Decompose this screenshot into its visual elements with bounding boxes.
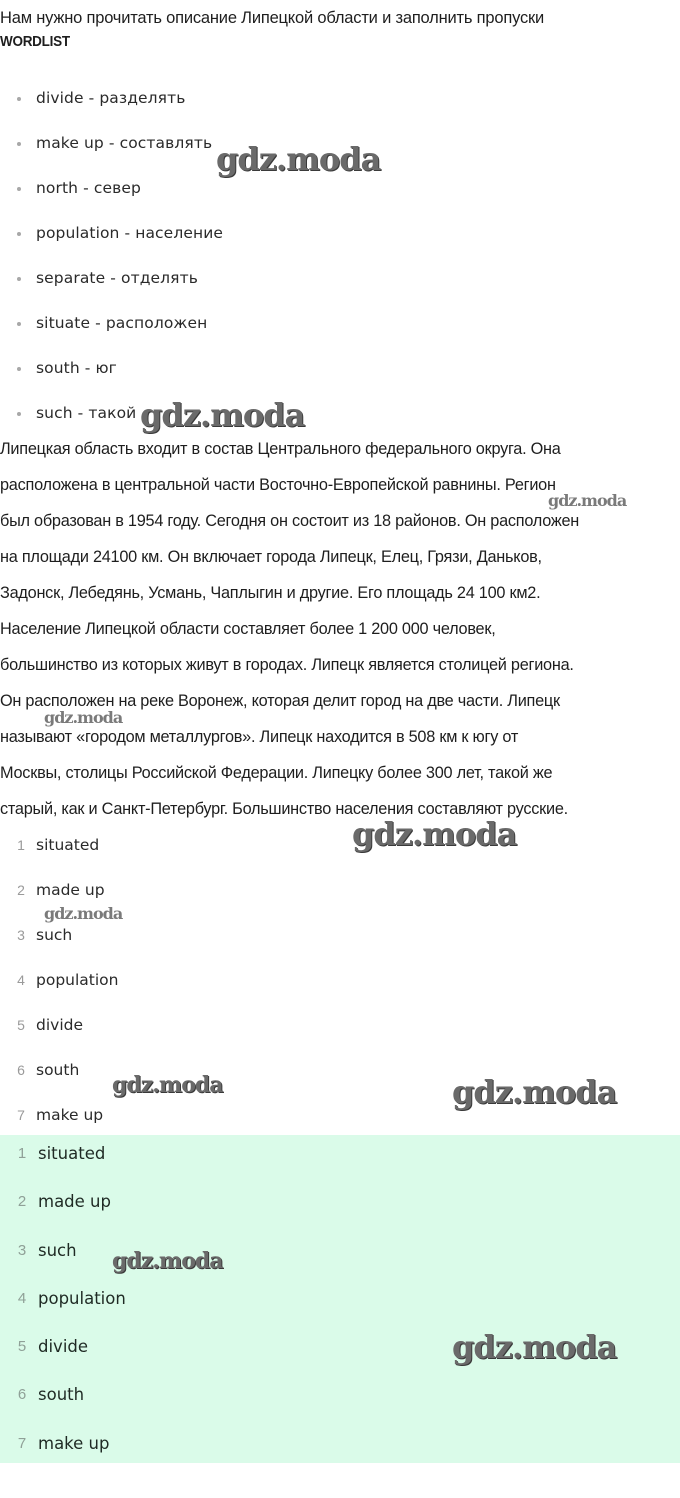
answer-number: 2 bbox=[15, 1191, 29, 1213]
answer-item: 5divide bbox=[0, 1336, 126, 1384]
bullet-icon bbox=[17, 367, 21, 371]
answer-text: situated bbox=[36, 836, 99, 854]
wordlist-item-text: north - север bbox=[36, 179, 141, 197]
answer-item: 4population bbox=[0, 958, 118, 1003]
answer-text: made up bbox=[36, 881, 105, 899]
wordlist-item: north - север bbox=[0, 166, 223, 211]
wordlist-item: separate - отделять bbox=[0, 256, 223, 301]
bullet-icon bbox=[17, 97, 21, 101]
answer-number: 6 bbox=[15, 1384, 29, 1406]
wordlist: divide - разделять make up - составлять … bbox=[0, 76, 223, 436]
passage-line: Население Липецкой области составляет бо… bbox=[0, 611, 680, 647]
watermark: gdz.moda bbox=[452, 1073, 616, 1111]
answer-number: 5 bbox=[15, 1336, 29, 1358]
wordlist-item-text: make up - составлять bbox=[36, 134, 212, 152]
wordlist-item-text: population - население bbox=[36, 224, 223, 242]
answer-text: made up bbox=[38, 1192, 111, 1211]
passage: Липецкая область входит в состав Централ… bbox=[0, 431, 680, 827]
wordlist-item-text: separate - отделять bbox=[36, 269, 198, 287]
answer-item: 1situated bbox=[0, 1143, 126, 1191]
passage-line: на площади 24100 км. Он включает города … bbox=[0, 539, 680, 575]
answer-number: 4 bbox=[15, 1288, 29, 1310]
answer-number: 2 bbox=[14, 868, 28, 913]
passage-line: Он расположен на реке Воронеж, которая д… bbox=[0, 683, 680, 719]
answer-number: 5 bbox=[14, 1003, 28, 1048]
wordlist-item-text: such - такой bbox=[36, 404, 136, 422]
wordlist-item: south - юг bbox=[0, 346, 223, 391]
answer-number: 4 bbox=[14, 958, 28, 1003]
answer-number: 1 bbox=[15, 1143, 29, 1165]
highlighted-answer-list: 1situated 2made up 3such 4population 5di… bbox=[0, 1143, 126, 1481]
wordlist-item: such - такой bbox=[0, 391, 223, 436]
answer-text: population bbox=[36, 971, 118, 989]
bullet-icon bbox=[17, 322, 21, 326]
wordlist-item-text: situate - расположен bbox=[36, 314, 207, 332]
highlighted-answer-box: 1situated 2made up 3such 4population 5di… bbox=[0, 1135, 680, 1463]
answer-item: 2made up bbox=[0, 1191, 126, 1239]
bullet-icon bbox=[17, 232, 21, 236]
answer-number: 7 bbox=[15, 1433, 29, 1455]
answer-item: 2made up bbox=[0, 868, 118, 913]
answer-item: 3such bbox=[0, 1240, 126, 1288]
answer-text: population bbox=[38, 1289, 126, 1308]
answer-list: 1situated 2made up 3such 4population 5di… bbox=[0, 823, 118, 1138]
answer-text: south bbox=[36, 1061, 79, 1079]
bullet-icon bbox=[17, 142, 21, 146]
passage-line: Липецкая область входит в состав Централ… bbox=[0, 431, 680, 467]
wordlist-item: divide - разделять bbox=[0, 76, 223, 121]
answer-item: 7make up bbox=[0, 1433, 126, 1481]
answer-item: 1situated bbox=[0, 823, 118, 868]
passage-line: расположена в центральной части Восточно… bbox=[0, 467, 680, 503]
wordlist-item: make up - составлять bbox=[0, 121, 223, 166]
answer-text: such bbox=[38, 1241, 77, 1260]
wordlist-heading: WORDLIST bbox=[0, 33, 70, 50]
answer-number: 1 bbox=[14, 823, 28, 868]
intro-text: Нам нужно прочитать описание Липецкой об… bbox=[0, 6, 544, 30]
passage-line: старый, как и Санкт-Петербург. Большинст… bbox=[0, 791, 680, 827]
answer-number: 6 bbox=[14, 1048, 28, 1093]
watermark: gdz.moda bbox=[112, 1072, 223, 1098]
answer-number: 3 bbox=[15, 1240, 29, 1262]
wordlist-item-text: divide - разделять bbox=[36, 89, 185, 107]
wordlist-item: situate - расположен bbox=[0, 301, 223, 346]
wordlist-item-text: south - юг bbox=[36, 359, 117, 377]
bullet-icon bbox=[17, 187, 21, 191]
bullet-icon bbox=[17, 412, 21, 416]
wordlist-item: population - население bbox=[0, 211, 223, 256]
passage-line: большинство из которых живут в городах. … bbox=[0, 647, 680, 683]
watermark: gdz.moda bbox=[216, 140, 380, 178]
answer-text: divide bbox=[38, 1337, 88, 1356]
passage-line: называют «городом металлургов». Липецк н… bbox=[0, 719, 680, 755]
answer-number: 7 bbox=[14, 1093, 28, 1138]
answer-text: south bbox=[38, 1385, 84, 1404]
passage-line: Задонск, Лебедянь, Усмань, Чаплыгин и др… bbox=[0, 575, 680, 611]
answer-item: 4population bbox=[0, 1288, 126, 1336]
answer-text: such bbox=[36, 926, 72, 944]
answer-item: 5divide bbox=[0, 1003, 118, 1048]
passage-line: Москвы, столицы Российской Федерации. Ли… bbox=[0, 755, 680, 791]
answer-number: 3 bbox=[14, 913, 28, 958]
passage-line: был образован в 1954 году. Сегодня он со… bbox=[0, 503, 680, 539]
answer-item: 3such bbox=[0, 913, 118, 958]
answer-item: 6south bbox=[0, 1048, 118, 1093]
answer-text: make up bbox=[38, 1434, 109, 1453]
answer-item: 7make up bbox=[0, 1093, 118, 1138]
answer-text: make up bbox=[36, 1106, 103, 1124]
answer-text: situated bbox=[38, 1144, 105, 1163]
answer-text: divide bbox=[36, 1016, 83, 1034]
answer-item: 6south bbox=[0, 1384, 126, 1432]
bullet-icon bbox=[17, 277, 21, 281]
